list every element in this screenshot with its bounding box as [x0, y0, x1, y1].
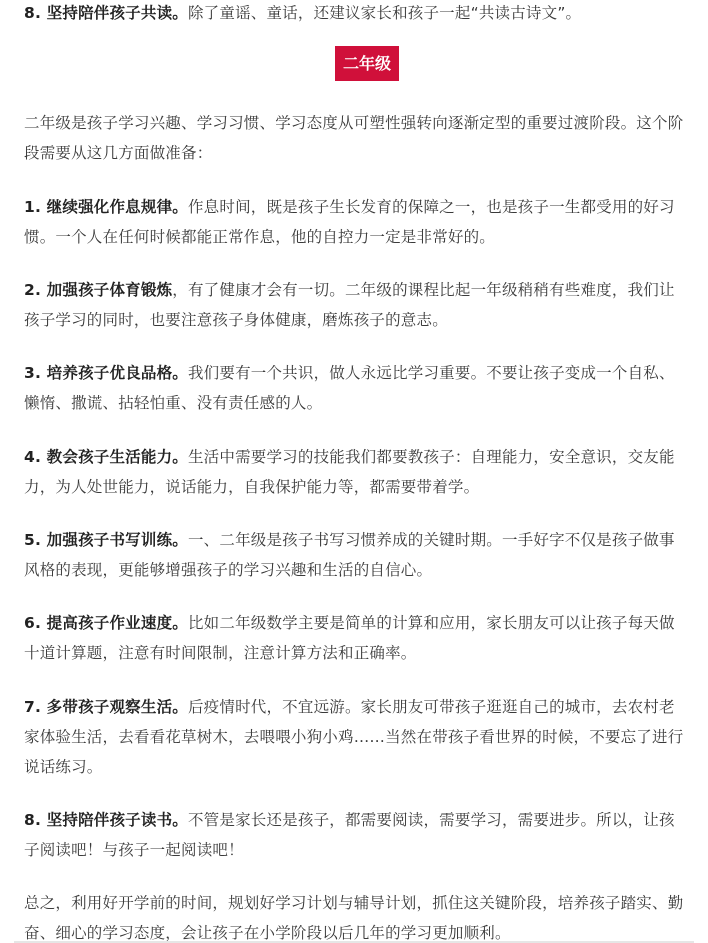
list-item: 1. 继续强化作息规律。作息时间，既是孩子生长发育的保障之一，也是孩子一生都受用… [24, 192, 688, 252]
item-lead: 8. 坚持陪伴孩子共读。 [24, 4, 188, 22]
list-item: 5. 加强孩子书写训练。一、二年级是孩子书写习惯养成的关键时期。一手好字不仅是孩… [24, 525, 688, 585]
item-lead: 4. 教会孩子生活能力。 [24, 448, 188, 466]
paragraph-previous-item-8: 8. 坚持陪伴孩子共读。除了童谣、童话，还建议家长和孩子一起“共读古诗文”。 [24, 0, 688, 28]
list-item: 2. 加强孩子体育锻炼，有了健康才会有一切。二年级的课程比起一年级稍稍有些难度，… [24, 275, 688, 335]
list-item: 6. 提高孩子作业速度。比如二年级数学主要是简单的计算和应用，家长朋友可以让孩子… [24, 608, 688, 668]
summary-paragraph: 总之，利用好开学前的时间，规划好学习计划与辅导计划，抓住这关键阶段，培养孩子踏实… [24, 888, 688, 943]
grade-badge: 二年级 [335, 46, 399, 81]
list-item: 4. 教会孩子生活能力。生活中需要学习的技能我们都要教孩子：自理能力，安全意识，… [24, 442, 688, 502]
list-item: 7. 多带孩子观察生活。后疫情时代，不宜远游。家长朋友可带孩子逛逛自己的城市，去… [24, 692, 688, 782]
list-item: 3. 培养孩子优良品格。我们要有一个共识，做人永远比学习重要。不要让孩子变成一个… [24, 358, 688, 418]
list-item: 8. 坚持陪伴孩子读书。不管是家长还是孩子，都需要阅读，需要学习，需要进步。所以… [24, 805, 688, 865]
item-lead: 5. 加强孩子书写训练。 [24, 531, 188, 549]
item-lead: 2. 加强孩子体育锻炼 [24, 281, 172, 299]
item-text: 除了童谣、童话，还建议家长和孩子一起“共读古诗文”。 [188, 4, 581, 22]
item-lead: 8. 坚持陪伴孩子读书。 [24, 811, 188, 829]
item-lead: 3. 培养孩子优良品格。 [24, 364, 188, 382]
item-lead: 1. 继续强化作息规律。 [24, 198, 188, 216]
section-heading: 二年级 [24, 46, 688, 81]
item-lead: 6. 提高孩子作业速度。 [24, 614, 188, 632]
section-intro: 二年级是孩子学习兴趣、学习习惯、学习态度从可塑性强转向逐渐定型的重要过渡阶段。这… [24, 108, 688, 168]
item-lead: 7. 多带孩子观察生活。 [24, 698, 188, 716]
